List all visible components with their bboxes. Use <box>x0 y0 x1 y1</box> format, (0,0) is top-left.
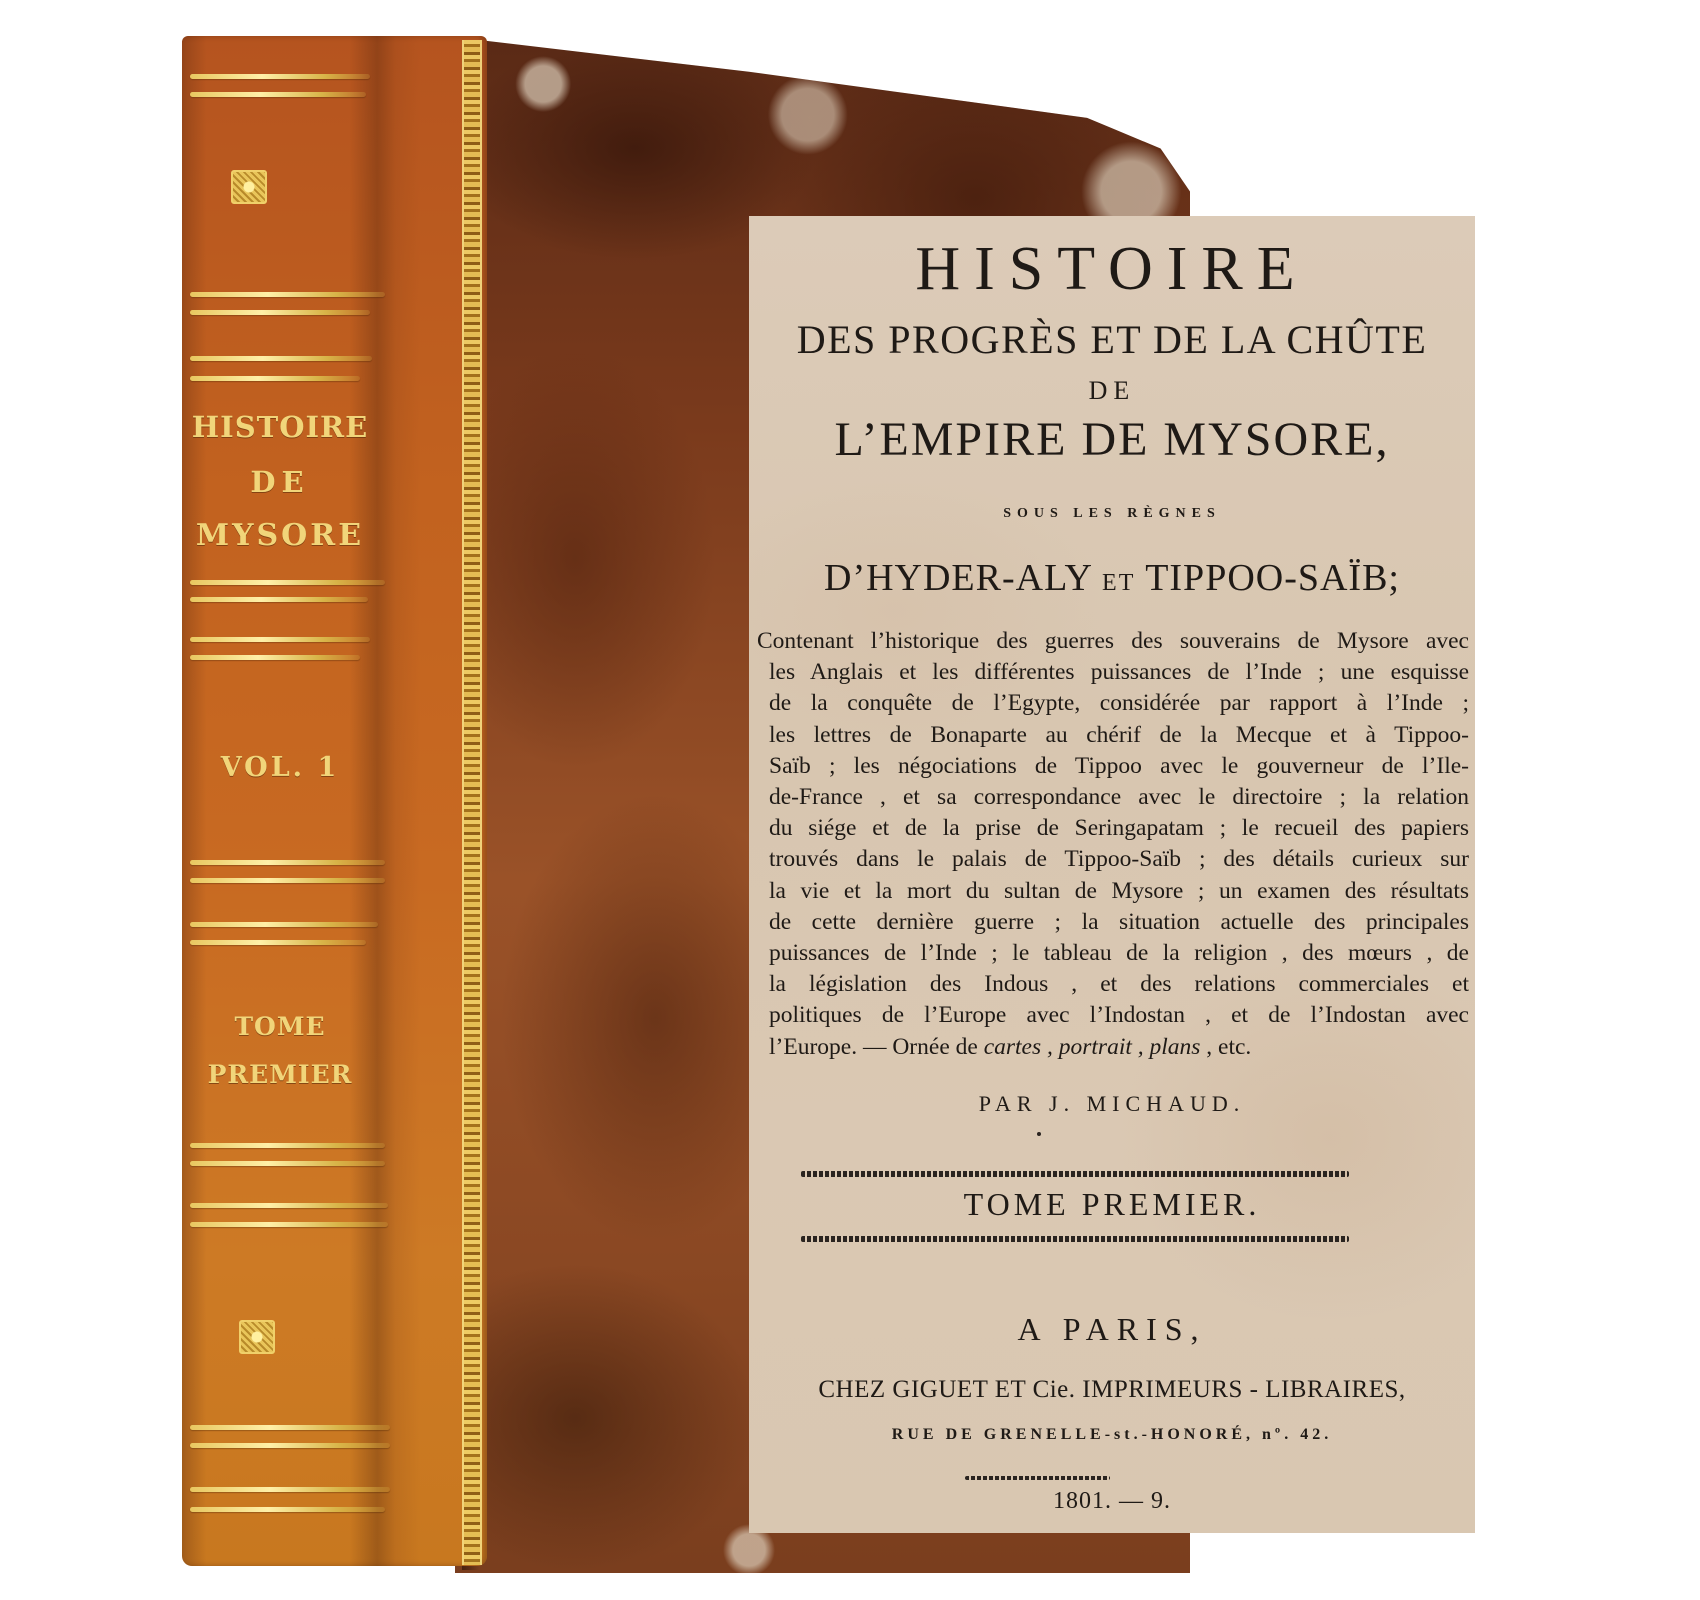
imprint-address: RUE DE GRENELLE-st.-HONORÉ, nº. 42. <box>749 1426 1475 1444</box>
gilt-band <box>190 878 385 883</box>
subtitle-line: DE <box>749 376 1475 406</box>
description-line: la vie et la mort du sultan de Mysore ; … <box>769 876 1469 907</box>
wavy-rule-divider <box>801 1236 1349 1242</box>
description-line: de cette dernière guerre ; la situation … <box>769 907 1469 938</box>
author-line: PAR J. MICHAUD. <box>749 1091 1475 1117</box>
description-line: de-France , et sa correspondance avec le… <box>769 782 1469 813</box>
gilt-band <box>190 1487 390 1492</box>
spine-title-line: DE <box>180 465 380 499</box>
description-last-italic: cartes , portrait , plans <box>984 1034 1201 1060</box>
ruler-conjunction: ET <box>1102 570 1135 596</box>
gilt-band <box>190 1222 388 1227</box>
description-line: puissances de l’Inde ; le tableau de la … <box>769 938 1469 969</box>
gilt-band <box>190 356 372 361</box>
description-line: politiques de l’Europe avec l’Indostan ,… <box>769 1000 1469 1031</box>
description-last-prefix: l’Europe. — Ornée de <box>769 1034 984 1060</box>
wavy-rule-divider <box>801 1171 1349 1177</box>
gilt-band <box>190 74 370 79</box>
description-line: la législation des Indous , et des relat… <box>769 969 1469 1000</box>
description-line: trouvés dans le palais de Tippoo-Saïb ; … <box>769 844 1469 875</box>
gilt-band <box>190 940 366 945</box>
description-line: les Anglais et les différentes puissance… <box>769 657 1469 688</box>
gilt-band <box>190 292 385 297</box>
imprint-publisher: CHEZ GIGUET ET Cie. IMPRIMEURS - LIBRAIR… <box>749 1376 1475 1404</box>
reigns-intro: SOUS LES RÈGNES <box>749 506 1475 522</box>
fleuron-ornament-icon <box>239 1320 275 1354</box>
description-last-suffix: , etc. <box>1200 1034 1251 1060</box>
gilt-band <box>190 1161 385 1166</box>
ruler-tippoo-saib: TIPPOO-SAÏB; <box>1145 557 1400 599</box>
description-line: Contenant l’historique des guerres des s… <box>757 626 1469 657</box>
gilt-band <box>190 597 368 602</box>
title-page: HISTOIRE DES PROGRÈS ET DE LA CHÛTE DE L… <box>749 216 1475 1533</box>
description-line: les lettres de Bonaparte au chérif de la… <box>769 720 1469 751</box>
gilt-border-strip <box>462 40 482 1565</box>
gilt-band <box>190 580 385 585</box>
gilt-band <box>190 637 370 642</box>
gilt-band <box>190 860 385 865</box>
spine-volume-label: VOL. 1 <box>180 752 380 783</box>
volume-line: TOME PREMIER. <box>749 1186 1475 1223</box>
gilt-band <box>190 376 360 381</box>
imprint-date: 1801. — 9. <box>749 1488 1475 1515</box>
gilt-band <box>190 655 360 660</box>
gilt-band <box>190 1203 388 1208</box>
wavy-rule-divider <box>965 1476 1110 1480</box>
description-line: du siége et de la prise de Seringapatam … <box>769 813 1469 844</box>
decorative-dot <box>1037 1132 1041 1136</box>
gilt-band <box>190 92 366 97</box>
spine-tome-line: PREMIER <box>180 1060 380 1089</box>
spine-tome-line: TOME <box>180 1012 380 1041</box>
gilt-band <box>190 1143 385 1148</box>
book-spine <box>182 36 487 1566</box>
spine-title-line: HISTOIRE <box>180 410 380 444</box>
gilt-band <box>190 1425 390 1430</box>
imprint-place: A PARIS, <box>749 1311 1475 1348</box>
title-heading: HISTOIRE <box>749 234 1475 305</box>
subtitle-line: DES PROGRÈS ET DE LA CHÛTE <box>749 316 1475 363</box>
description-paragraph: Contenant l’historique des guerres des s… <box>769 626 1469 1063</box>
description-line: de la conquête de l’Egypte, considérée p… <box>769 688 1469 719</box>
subtitle-line: L’EMPIRE DE MYSORE, <box>749 412 1475 467</box>
fleuron-ornament-icon <box>231 170 267 204</box>
gilt-band <box>190 1507 385 1512</box>
description-line: l’Europe. — Ornée de cartes , portrait ,… <box>769 1032 1469 1063</box>
rulers-line: D’HYDER-ALY ET TIPPOO-SAÏB; <box>749 556 1475 600</box>
ruler-hyder-aly: D’HYDER-ALY <box>824 557 1092 599</box>
gilt-band <box>190 310 370 315</box>
gilt-band <box>190 922 378 927</box>
spine-title-line: MYSORE <box>180 518 380 553</box>
gilt-band <box>190 1443 390 1448</box>
description-line: Saïb ; les négociations de Tippoo avec l… <box>769 751 1469 782</box>
